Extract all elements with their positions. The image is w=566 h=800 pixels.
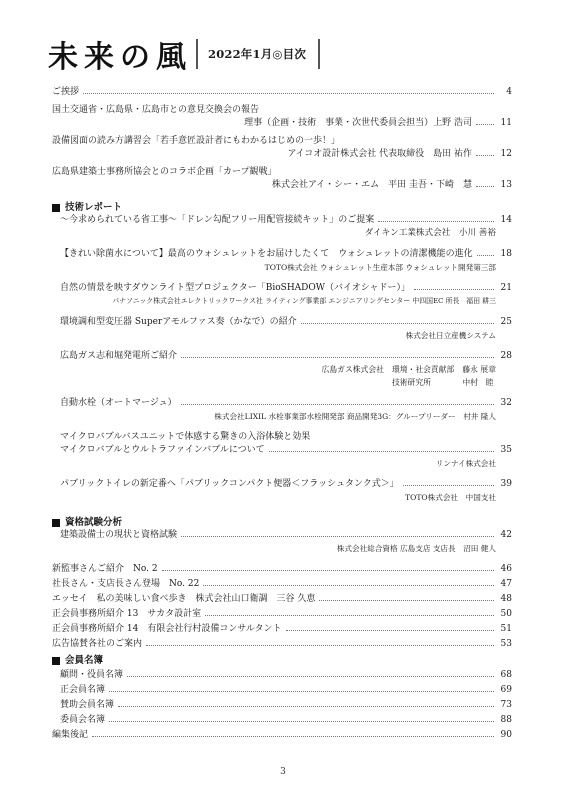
leader-dots [127, 676, 494, 677]
toc-entry[interactable]: 顧問・役員名簿 68 [60, 669, 512, 682]
leader-dots [477, 255, 494, 256]
toc-title: 正会員名簿 [60, 684, 105, 697]
toc-author: 株式会社総合資格 広島支店 支店長 沼田 健人 [60, 542, 512, 555]
leader-dots [162, 570, 494, 571]
toc-entry[interactable]: 正会員事務所紹介 14 有限会社行村設備コンサルタント 51 [52, 623, 512, 636]
toc-page: 32 [498, 397, 512, 410]
leader-dots [301, 323, 494, 324]
toc-entry[interactable]: 社長さん・支店長さん登場 No. 22 47 [52, 578, 512, 591]
toc-page: 73 [498, 699, 512, 712]
toc-title: 顧問・役員名簿 [60, 669, 123, 682]
toc-page: 28 [498, 350, 512, 363]
toc-title: 自然の情景を映すダウンライト型プロジェクター「BioSHADOW（バイオシャドー… [60, 282, 410, 295]
toc-title: ご挨拶 [52, 86, 79, 99]
section-heading-exam: 資格試験分析 [52, 516, 512, 529]
leader-dots [109, 721, 494, 722]
toc-author: 株式会社LIXIL 水栓事業部水栓開発部 商品開発3G：グループリーダー 村井 … [60, 410, 512, 423]
toc-title-line: マイクロバブルバスユニットで体感する驚きの入浴体験と効果 [60, 431, 512, 444]
toc-author-table: 広島ガス株式会社 環境・社会貢献部 藤永 展章 技術研究所 中村 睦 [60, 363, 512, 389]
toc-entry[interactable]: 編集後記 90 [52, 729, 512, 742]
toc-page: 46 [498, 563, 512, 576]
magazine-logo: 未来の風 [48, 32, 192, 76]
toc-author: リンナイ株式会社 [60, 457, 512, 470]
section-heading-members: 会員名簿 [52, 654, 512, 667]
leader-dots [476, 155, 494, 156]
toc-title: 編集後記 [52, 729, 88, 742]
toc-page: 68 [498, 669, 512, 682]
square-bullet-icon [52, 519, 60, 527]
section-title: 技術レポート [65, 201, 122, 214]
toc-title: 広島県建築士事務所協会とのコラボ企画「カープ観戦」 [52, 166, 512, 179]
toc-entry[interactable]: 委員会名簿 88 [60, 714, 512, 727]
toc-title: エッセイ 私の美味しい食べ歩き 株式会社山口衛調 三谷 久恵 [52, 593, 315, 606]
toc-author: TOTO株式会社 ウォシュレット生産本部 ウォシュレット開発第三部 [60, 261, 512, 274]
toc-page: 12 [498, 148, 512, 161]
toc-title: 【きれい除菌水について】最高のウォシュレットをお届けしたくて ウォシュレットの清… [60, 248, 473, 261]
toc-page: 39 [498, 478, 512, 491]
toc-entry[interactable]: 新監事さんご紹介 No. 2 46 [52, 563, 512, 576]
leader-dots [181, 536, 494, 537]
toc-title: 社長さん・支店長さん登場 No. 22 [52, 578, 199, 591]
toc-page: 13 [498, 179, 512, 192]
leader-dots [181, 357, 494, 358]
leader-dots [476, 124, 494, 125]
toc-entry[interactable]: 環境調和型変圧器 Superアモルファス奏（かなで）の紹介 25 [60, 316, 512, 329]
author-company: 広島ガス株式会社 [322, 363, 384, 376]
toc-page: 14 [498, 214, 512, 227]
leader-dots [118, 706, 494, 707]
leader-dots [378, 221, 494, 222]
toc-title: マイクロバブルとウルトラファインバブルについて [60, 444, 265, 457]
toc-entry[interactable]: パブリックトイレの新定番へ「パブリックコンパクト便器＜フラッシュタンク式＞」 3… [60, 478, 512, 491]
toc-entry[interactable]: マイクロバブルバスユニットで体感する驚きの入浴体験と効果 マイクロバブルとウルト… [60, 431, 512, 457]
section-heading-tech: 技術レポート [52, 201, 512, 214]
leader-dots [109, 691, 494, 692]
author-company [322, 376, 384, 389]
leader-dots [476, 186, 494, 187]
toc-page: 4 [498, 86, 512, 99]
toc-title: 賛助会員名簿 [60, 699, 114, 712]
toc-title: 広島ガス志和堀発電所ご紹介 [60, 350, 177, 363]
toc-page: 21 [498, 282, 512, 295]
toc-entry[interactable]: 広島県建築士事務所協会とのコラボ企画「カープ観戦」 株式会社アイ・シー・エム 平… [52, 166, 512, 192]
square-bullet-icon [52, 204, 60, 212]
section-title: 会員名簿 [65, 654, 103, 667]
toc-title: パブリックトイレの新定番へ「パブリックコンパクト便器＜フラッシュタンク式＞」 [60, 478, 399, 491]
square-bullet-icon [52, 657, 60, 665]
toc-entry[interactable]: 設備図面の読み方講習会「若手意匠設計者にもわかるはじめの一歩！」 アイコオ設計株… [52, 135, 512, 161]
leader-dots [319, 600, 494, 601]
toc-page: 48 [498, 593, 512, 606]
page-header: 未来の風 2022年1月◎目次 [48, 34, 320, 74]
toc-title: 広告協賛各社のご案内 [52, 638, 142, 651]
toc-page: 11 [498, 117, 512, 130]
toc-title: 正会員事務所紹介 13 サカタ設計室 [52, 608, 201, 621]
toc-title: 〜今求められている省工事〜「ドレン勾配フリー用配管接続キット」のご提案 [60, 214, 374, 227]
leader-dots [83, 93, 494, 94]
toc-title: 設備図面の読み方講習会「若手意匠設計者にもわかるはじめの一歩！」 [52, 135, 512, 148]
toc-page: 69 [498, 684, 512, 697]
toc-entry[interactable]: エッセイ 私の美味しい食べ歩き 株式会社山口衛調 三谷 久恵 48 [52, 593, 512, 606]
leader-dots [146, 645, 494, 646]
toc-page: 25 [498, 316, 512, 329]
section-title: 資格試験分析 [65, 516, 122, 529]
toc-entry[interactable]: 正会員名簿 69 [60, 684, 512, 697]
toc-title: 正会員事務所紹介 14 有限会社行村設備コンサルタント [52, 623, 282, 636]
leader-dots [269, 451, 494, 452]
leader-dots [414, 289, 494, 290]
author-dept: 技術研究所 [392, 376, 454, 389]
toc-page: 88 [498, 714, 512, 727]
leader-dots [286, 630, 494, 631]
toc-author: 理事（企画・技術 事業・次世代委員会担当）上野 浩司 [244, 117, 472, 130]
toc-entry[interactable]: 自動水栓（オートマージュ） 32 [60, 397, 512, 410]
toc-page: 18 [498, 248, 512, 261]
toc-entry[interactable]: 広告協賛各社のご案内 53 [52, 638, 512, 651]
toc-title: 国土交通省・広島県・広島市との意見交換会の報告 [52, 104, 512, 117]
toc-title: 建築設備士の現状と資格試験 [60, 529, 177, 542]
toc-title: 環境調和型変圧器 Superアモルファス奏（かなで）の紹介 [60, 316, 297, 329]
toc-entry[interactable]: 建築設備士の現状と資格試験 42 [60, 529, 512, 542]
toc-entry[interactable]: 賛助会員名簿 73 [60, 699, 512, 712]
page-number: 3 [0, 767, 566, 777]
toc-page: 53 [498, 638, 512, 651]
toc-page: 35 [498, 444, 512, 457]
toc-author: TOTO株式会社 中国支社 [60, 491, 512, 504]
author-dept: 環境・社会貢献部 [392, 363, 454, 376]
header-divider [196, 39, 198, 69]
leader-dots [181, 404, 494, 405]
issue-title: 2022年1月◎目次 [208, 46, 306, 62]
leader-dots [203, 585, 494, 586]
toc-page: 90 [498, 729, 512, 742]
toc-author: 株式会社日立産機システム [60, 329, 512, 342]
toc-title: 自動水栓（オートマージュ） [60, 397, 177, 410]
toc-page: 50 [498, 608, 512, 621]
toc-entry[interactable]: 〜今求められている省工事〜「ドレン勾配フリー用配管接続キット」のご提案 14 [60, 214, 512, 227]
toc-entry[interactable]: 広島ガス志和堀発電所ご紹介 28 [60, 350, 512, 363]
toc-entry[interactable]: 【きれい除菌水について】最高のウォシュレットをお届けしたくて ウォシュレットの清… [60, 248, 512, 261]
author-name: 中村 睦 [462, 376, 496, 389]
table-of-contents: ご挨拶 4 国土交通省・広島県・広島市との意見交換会の報告 理事（企画・技術 事… [52, 86, 512, 742]
header-divider [318, 39, 320, 69]
toc-author: アイコオ設計株式会社 代表取締役 島田 祐作 [287, 148, 472, 161]
toc-entry-greeting[interactable]: ご挨拶 4 [52, 86, 512, 99]
toc-entry[interactable]: 正会員事務所紹介 13 サカタ設計室 50 [52, 608, 512, 621]
leader-dots [403, 485, 494, 486]
toc-author: ダイキン工業株式会社 小川 善裕 [60, 227, 512, 240]
toc-page: 42 [498, 529, 512, 542]
toc-page: 51 [498, 623, 512, 636]
toc-page: 47 [498, 578, 512, 591]
toc-entry[interactable]: 国土交通省・広島県・広島市との意見交換会の報告 理事（企画・技術 事業・次世代委… [52, 104, 512, 130]
toc-author: 株式会社アイ・シー・エム 平田 圭吾・下崎 慧 [272, 179, 472, 192]
author-name: 藤永 展章 [462, 363, 496, 376]
leader-dots [92, 736, 494, 737]
toc-entry[interactable]: 自然の情景を映すダウンライト型プロジェクター「BioSHADOW（バイオシャドー… [60, 282, 512, 295]
leader-dots [205, 615, 494, 616]
toc-title: 委員会名簿 [60, 714, 105, 727]
toc-author: パナソニック株式会社エレクトリックワークス社 ライティング事業部 エンジニアリン… [60, 295, 512, 308]
toc-title: 新監事さんご紹介 No. 2 [52, 563, 158, 576]
